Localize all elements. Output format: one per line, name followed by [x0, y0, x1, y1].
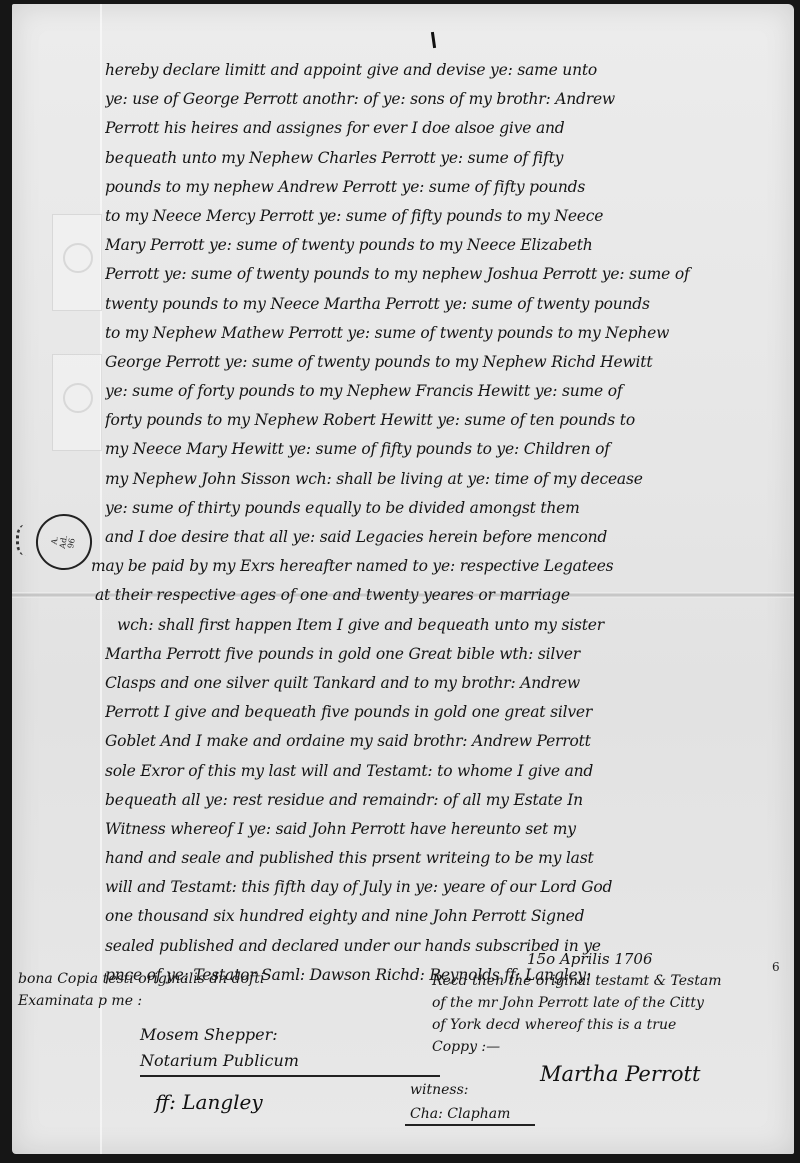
- text-line: George Perrott ye: sume of twenty pounds…: [105, 348, 795, 377]
- text-line: Perrott I give and bequeath five pounds …: [105, 698, 795, 727]
- text-line: bequeath unto my Nephew Charles Perrott …: [105, 144, 795, 173]
- text-line: sole Exror of this my last will and Test…: [105, 757, 795, 786]
- text-line: one thousand six hundred eighty and nine…: [105, 902, 795, 931]
- text-line: my Neece Mary Hewitt ye: sume of fifty p…: [105, 435, 795, 464]
- text-line: hereby declare limitt and appoint give a…: [105, 56, 795, 85]
- martha-perrott-signature: Martha Perrott: [540, 1062, 700, 1086]
- attestation-block: bona Copia testi originalis dn dofti Exa…: [18, 968, 264, 1012]
- text-line: Clasps and one silver quilt Tankard and …: [105, 669, 795, 698]
- document-scan: A. Ad. 96 hereby declare limitt and appo…: [0, 0, 800, 1163]
- endorsement-line: Recd then the original testamt & Testam: [432, 970, 721, 992]
- will-body-text: hereby declare limitt and appoint give a…: [105, 56, 795, 990]
- text-line: hand and seale and published this prsent…: [105, 844, 795, 873]
- signature-rule: [140, 1075, 440, 1077]
- text-line: ye: use of George Perrott anothr: of ye:…: [105, 85, 795, 114]
- notary-title: Notarium Publicum: [140, 1048, 299, 1074]
- text-line: forty pounds to my Nephew Robert Hewitt …: [105, 406, 795, 435]
- notary-name: Mosem Shepper:: [140, 1022, 299, 1048]
- text-line: my Nephew John Sisson wch: shall be livi…: [105, 465, 795, 494]
- text-line: Martha Perrott five pounds in gold one G…: [105, 640, 795, 669]
- endorsement-line: Coppy :—: [432, 1036, 721, 1058]
- text-line: will and Testamt: this fifth day of July…: [105, 873, 795, 902]
- embossed-stamp-icon: [52, 354, 102, 451]
- text-line: ye: sume of thirty pounds equally to be …: [105, 494, 795, 523]
- endorsement-line: of the mr John Perrott late of the Citty: [432, 992, 721, 1014]
- text-line: wch: shall first happen Item I give and …: [105, 611, 795, 640]
- text-line: Perrott his heires and assignes for ever…: [105, 114, 795, 143]
- embossed-stamp-icon: [52, 214, 102, 311]
- endorsement-date: 15o Aprilis 1706: [432, 948, 721, 970]
- page-number: 6: [772, 960, 780, 974]
- endorsement-line: of York decd whereof this is a true: [432, 1014, 721, 1036]
- witness-block: witness: Cha: Clapham: [410, 1078, 510, 1126]
- text-line: twenty pounds to my Neece Martha Perrott…: [105, 290, 795, 319]
- rose-emblem-icon: [63, 383, 93, 413]
- text-line: Perrott ye: sume of twenty pounds to my …: [105, 260, 795, 289]
- text-line: to my Neece Mercy Perrott ye: sume of fi…: [105, 202, 795, 231]
- text-line: to my Nephew Mathew Perrott ye: sume of …: [105, 319, 795, 348]
- notary-block: Mosem Shepper: Notarium Publicum: [140, 1022, 299, 1074]
- text-line: Mary Perrott ye: sume of twenty pounds t…: [105, 231, 795, 260]
- witness-signature: Cha: Clapham: [410, 1102, 510, 1126]
- text-line: bequeath all ye: rest residue and remain…: [105, 786, 795, 815]
- receipt-endorsement: 15o Aprilis 1706 Recd then the original …: [432, 948, 721, 1058]
- text-line: pounds to my nephew Andrew Perrott ye: s…: [105, 173, 795, 202]
- text-line: may be paid by my Exrs hereafter named t…: [91, 552, 795, 581]
- text-line: Witness whereof I ye: said John Perrott …: [105, 815, 795, 844]
- rose-emblem-icon: [63, 243, 93, 273]
- attestation-line: Examinata p me :: [18, 990, 264, 1012]
- seal-text: 96: [67, 538, 77, 550]
- signature-rule: [405, 1124, 535, 1126]
- langley-signature: ff: Langley: [155, 1090, 263, 1114]
- attestation-line: bona Copia testi originalis dn dofti: [18, 968, 264, 990]
- text-line: at their respective ages of one and twen…: [95, 581, 795, 610]
- text-line: ye: sume of forty pounds to my Nephew Fr…: [105, 377, 795, 406]
- text-line: Goblet And I make and ordaine my said br…: [105, 727, 795, 756]
- text-line: and I doe desire that all ye: said Legac…: [105, 523, 795, 552]
- witness-label: witness:: [410, 1078, 510, 1102]
